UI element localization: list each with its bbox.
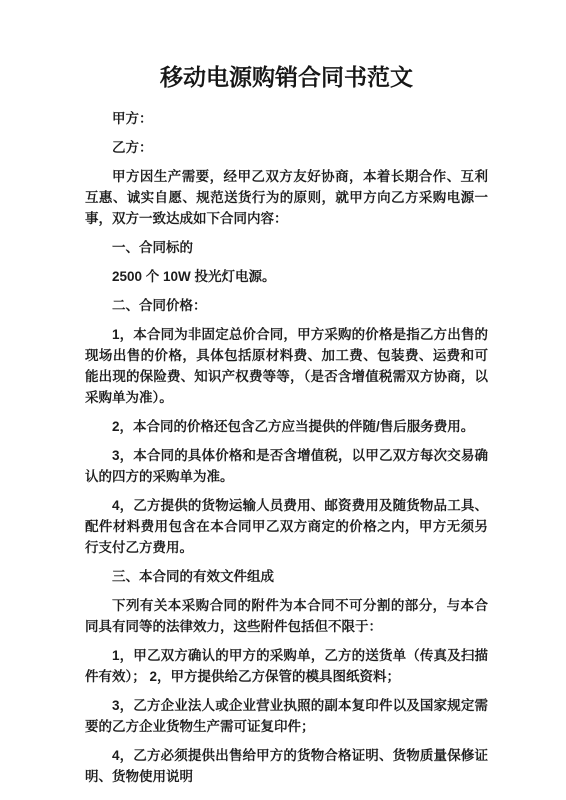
section-2-item-3: 3，本合同的具体价格和是否含增值税，以甲乙双方每次交易确认的四方的采购单为准。 [85,445,488,487]
section-3-intro: 下列有关本采购合同的附件为本合同不可分割的部分，与本合同具有同等的法律效力，这些… [85,595,488,637]
document-title: 移动电源购销合同书范文 [85,62,488,94]
section-3-item-1-2: 1，甲乙双方确认的甲方的采购单，乙方的送货单（传真及扫描件有效）； 2，甲方提供… [85,645,488,687]
preamble-paragraph: 甲方因生产需要，经甲乙双方友好协商，本着长期合作、互利互惠、诚实自愿、规范送货行… [85,166,488,229]
section-3-item-4: 4，乙方必须提供出售给甲方的货物合格证明、货物质量保修证明、货物使用说明 [85,745,488,787]
section-2-heading: 二、合同价格： [85,295,488,316]
section-2-item-4: 4，乙方提供的货物运输人员费用、邮资费用及随货物品工具、配件材料费用包含在本合同… [85,495,488,558]
party-a-label: 甲方： [85,108,488,129]
party-b-label: 乙方： [85,137,488,158]
section-2-item-2: 2，本合同的价格还包含乙方应当提供的伴随/售后服务费用。 [85,416,488,437]
section-2-item-1: 1，本合同为非固定总价合同，甲方采购的价格是指乙方出售的现场出售的价格，具体包括… [85,324,488,408]
contract-document-page: 移动电源购销合同书范文 甲方： 乙方： 甲方因生产需要，经甲乙双方友好协商，本着… [0,0,566,800]
document-body: 甲方： 乙方： 甲方因生产需要，经甲乙双方友好协商，本着长期合作、互利互惠、诚实… [85,108,488,787]
section-1-heading: 一、合同标的 [85,237,488,258]
section-1-body: 2500 个 10W 投光灯电源。 [85,266,488,287]
section-3-heading: 三、本合同的有效文件组成 [85,566,488,587]
section-3-item-3: 3，乙方企业法人或企业营业执照的副本复印件以及国家规定需要的乙方企业货物生产需可… [85,695,488,737]
